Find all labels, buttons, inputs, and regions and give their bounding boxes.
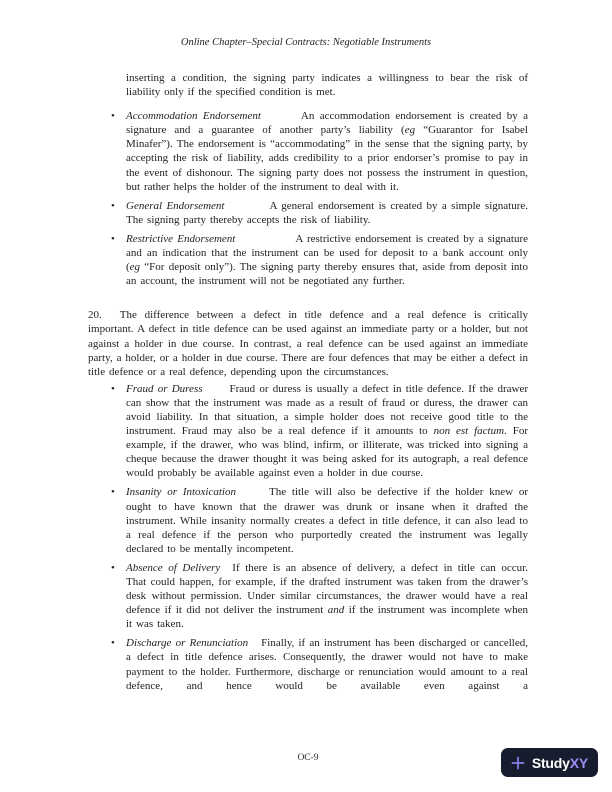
bullet-marker: • <box>111 109 115 123</box>
bullet-heading: Discharge or Renunciation <box>126 637 248 649</box>
bullet-heading: Fraud or Duress <box>126 383 203 395</box>
text-run: “For deposit only”). The signing party t… <box>126 261 528 287</box>
bullet-text: An accommodation endorsement is created … <box>126 110 528 192</box>
bullet-heading: Restrictive Endorsement <box>126 233 235 245</box>
bullet-marker: • <box>111 232 115 246</box>
tab-gap <box>261 118 301 119</box>
page-content: inserting a condition, the signing party… <box>88 71 528 693</box>
tab-gap <box>236 494 269 495</box>
bullet-marker: • <box>111 382 115 396</box>
bullet-item: •Discharge or RenunciationFinally, if an… <box>88 636 528 692</box>
bullet-marker: • <box>111 636 115 650</box>
bullet-heading: Absence of Delivery <box>126 562 220 574</box>
footer-page-number: OC-9 <box>88 753 528 763</box>
italic-text: eg <box>130 261 140 273</box>
tab-gap <box>102 317 120 318</box>
defence-list: •Fraud or DuressFraud or duress is usual… <box>88 382 528 693</box>
header-title: Online Chapter–Special Contracts: Negoti… <box>181 37 431 48</box>
bullet-heading: General Endorsement <box>126 200 225 212</box>
italic-text: and <box>328 604 345 616</box>
studyxy-logo: StudyXY <box>501 748 598 777</box>
bullet-item: •Absence of DeliveryIf there is an absen… <box>88 561 528 631</box>
tab-gap <box>225 208 270 209</box>
logo-brand: Study <box>532 755 570 771</box>
bullet-marker: • <box>111 199 115 213</box>
document-page: Online Chapter–Special Contracts: Negoti… <box>0 0 612 792</box>
bullet-marker: • <box>111 561 115 575</box>
tab-gap <box>203 391 230 392</box>
bullet-item: •Fraud or DuressFraud or duress is usual… <box>88 382 528 481</box>
bullet-text: Fraud or duress is usually a defect in t… <box>126 383 528 480</box>
paragraph-number: 20. <box>88 308 102 322</box>
plus-icon <box>510 755 526 771</box>
tab-gap <box>248 645 261 646</box>
tab-gap <box>220 570 232 571</box>
paragraph-20: 20.The difference between a defect in ti… <box>88 308 528 378</box>
running-header: Online Chapter–Special Contracts: Negoti… <box>0 0 612 49</box>
italic-text: non est factum <box>434 425 504 437</box>
intro-paragraph: inserting a condition, the signing party… <box>126 71 528 99</box>
text-run: inserting a condition, the signing party… <box>126 72 528 98</box>
endorsement-list: •Accommodation EndorsementAn accommodati… <box>88 109 528 288</box>
bullet-item: •Accommodation EndorsementAn accommodati… <box>88 109 528 194</box>
bullet-item: •Restrictive EndorsementA restrictive en… <box>88 232 528 288</box>
bullet-heading: Accommodation Endorsement <box>126 110 261 122</box>
italic-text: eg <box>405 124 415 136</box>
bullet-item: •Insanity or IntoxicationThe title will … <box>88 485 528 555</box>
bullet-item: •General EndorsementA general endorsemen… <box>88 199 528 227</box>
text-run: The difference between a defect in title… <box>88 309 528 377</box>
bullet-marker: • <box>111 485 115 499</box>
logo-brand-accent: XY <box>570 755 588 771</box>
tab-gap <box>235 241 295 242</box>
bullet-heading: Insanity or Intoxication <box>126 486 236 498</box>
